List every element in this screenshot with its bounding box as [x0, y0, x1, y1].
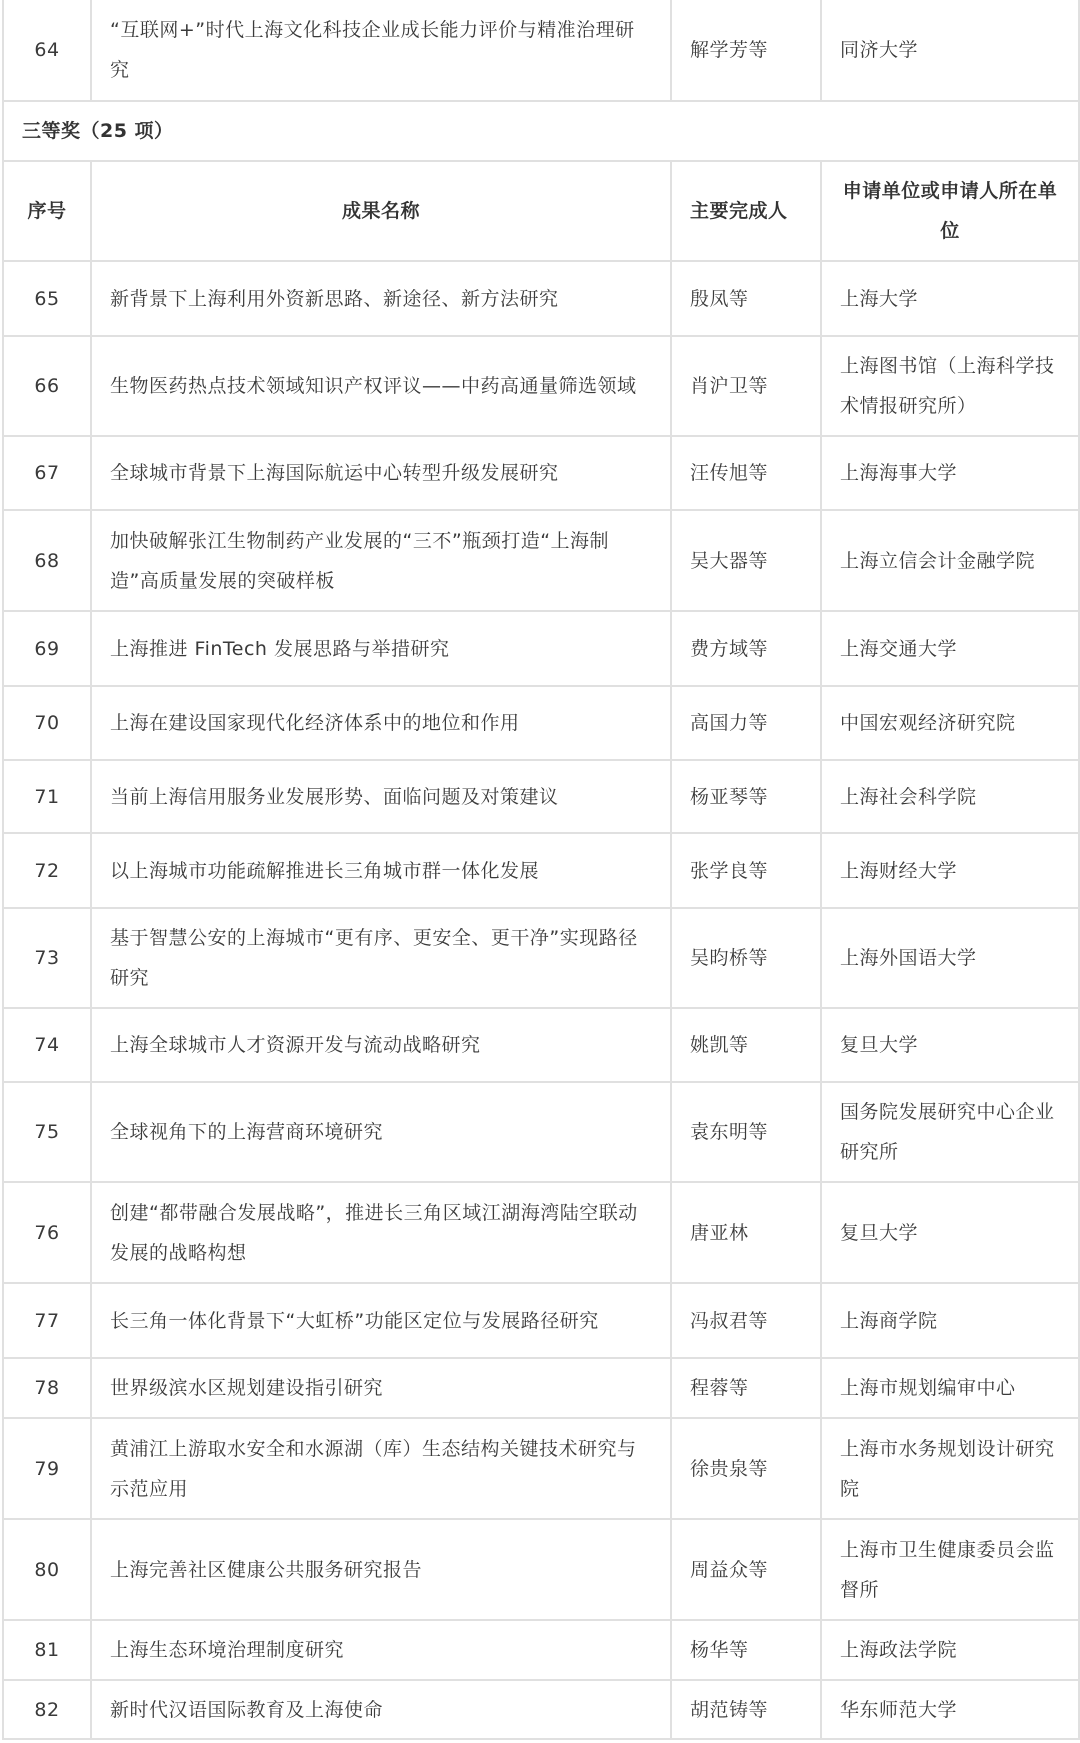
main-contributor: 吴大器等: [671, 510, 821, 611]
table-row: 70 上海在建设国家现代化经济体系中的地位和作用 高国力等 中国宏观经济研究院: [3, 686, 1079, 760]
achievement-title: 以上海城市功能疏解推进长三角城市群一体化发展: [91, 833, 671, 908]
table-row: 64 “互联网+”时代上海文化科技企业成长能力评价与精准治理研究 解学芳等 同济…: [3, 0, 1079, 101]
main-contributor: 汪传旭等: [671, 436, 821, 510]
row-number: 72: [3, 833, 91, 908]
main-contributor: 胡范铸等: [671, 1680, 821, 1739]
applicant-unit: 上海政法学院: [821, 1620, 1079, 1680]
main-contributor: 高国力等: [671, 686, 821, 760]
achievement-title: 全球视角下的上海营商环境研究: [91, 1082, 671, 1182]
row-number: 73: [3, 908, 91, 1008]
row-number: 80: [3, 1519, 91, 1620]
applicant-unit: 上海交通大学: [821, 611, 1079, 686]
header-person: 主要完成人: [671, 161, 821, 261]
row-number: 68: [3, 510, 91, 611]
applicant-unit: 上海社会科学院: [821, 760, 1079, 833]
applicant-unit: 上海市卫生健康委员会监督所: [821, 1519, 1079, 1620]
table-row: 75 全球视角下的上海营商环境研究 袁东明等 国务院发展研究中心企业研究所: [3, 1082, 1079, 1182]
achievement-title: 上海推进 FinTech 发展思路与举措研究: [91, 611, 671, 686]
row-number: 78: [3, 1358, 91, 1418]
achievement-title: 上海完善社区健康公共服务研究报告: [91, 1519, 671, 1620]
row-number: 76: [3, 1182, 91, 1283]
table-row: 67 全球城市背景下上海国际航运中心转型升级发展研究 汪传旭等 上海海事大学: [3, 436, 1079, 510]
applicant-unit: 上海海事大学: [821, 436, 1079, 510]
main-contributor: 唐亚林: [671, 1182, 821, 1283]
main-contributor: 张学良等: [671, 833, 821, 908]
achievement-title: 上海全球城市人才资源开发与流动战略研究: [91, 1008, 671, 1082]
main-contributor: 殷凤等: [671, 261, 821, 336]
table-row: 78 世界级滨水区规划建设指引研究 程蓉等 上海市规划编审中心: [3, 1358, 1079, 1418]
achievement-title: “互联网+”时代上海文化科技企业成长能力评价与精准治理研究: [91, 0, 671, 101]
table-row: 66 生物医药热点技术领域知识产权评议——中药高通量筛选领域 肖沪卫等 上海图书…: [3, 336, 1079, 436]
row-number: 70: [3, 686, 91, 760]
table-row: 80 上海完善社区健康公共服务研究报告 周益众等 上海市卫生健康委员会监督所: [3, 1519, 1079, 1620]
table-row: 77 长三角一体化背景下“大虹桥”功能区定位与发展路径研究 冯叔君等 上海商学院: [3, 1283, 1079, 1358]
achievement-title: 全球城市背景下上海国际航运中心转型升级发展研究: [91, 436, 671, 510]
row-number: 71: [3, 760, 91, 833]
row-number: 79: [3, 1418, 91, 1519]
applicant-unit: 上海市规划编审中心: [821, 1358, 1079, 1418]
main-contributor: 吴昀桥等: [671, 908, 821, 1008]
section-header-row: 三等奖（25 项）: [3, 101, 1079, 161]
applicant-unit: 同济大学: [821, 0, 1079, 101]
row-number: 66: [3, 336, 91, 436]
applicant-unit: 复旦大学: [821, 1182, 1079, 1283]
achievement-title: 当前上海信用服务业发展形势、面临问题及对策建议: [91, 760, 671, 833]
applicant-unit: 国务院发展研究中心企业研究所: [821, 1082, 1079, 1182]
row-number: 82: [3, 1680, 91, 1739]
row-number: 75: [3, 1082, 91, 1182]
achievement-title: 新时代汉语国际教育及上海使命: [91, 1680, 671, 1739]
main-contributor: 杨华等: [671, 1620, 821, 1680]
table-row: 69 上海推进 FinTech 发展思路与举措研究 费方域等 上海交通大学: [3, 611, 1079, 686]
applicant-unit: 上海图书馆（上海科学技术情报研究所）: [821, 336, 1079, 436]
row-number: 67: [3, 436, 91, 510]
achievement-title: 创建“都带融合发展战略”，推进长三角区域江湖海湾陆空联动发展的战略构想: [91, 1182, 671, 1283]
main-contributor: 姚凯等: [671, 1008, 821, 1082]
main-contributor: 肖沪卫等: [671, 336, 821, 436]
row-number: 81: [3, 1620, 91, 1680]
table-row: 72 以上海城市功能疏解推进长三角城市群一体化发展 张学良等 上海财经大学: [3, 833, 1079, 908]
main-contributor: 程蓉等: [671, 1358, 821, 1418]
achievement-title: 世界级滨水区规划建设指引研究: [91, 1358, 671, 1418]
achievement-title: 加快破解张江生物制药产业发展的“三不”瓶颈打造“上海制造”高质量发展的突破样板: [91, 510, 671, 611]
table-row: 76 创建“都带融合发展战略”，推进长三角区域江湖海湾陆空联动发展的战略构想 唐…: [3, 1182, 1079, 1283]
applicant-unit: 华东师范大学: [821, 1680, 1079, 1739]
table-row: 82 新时代汉语国际教育及上海使命 胡范铸等 华东师范大学: [3, 1680, 1079, 1739]
achievement-title: 新背景下上海利用外资新思路、新途径、新方法研究: [91, 261, 671, 336]
row-number: 69: [3, 611, 91, 686]
achievement-title: 生物医药热点技术领域知识产权评议——中药高通量筛选领域: [91, 336, 671, 436]
main-contributor: 周益众等: [671, 1519, 821, 1620]
main-contributor: 冯叔君等: [671, 1283, 821, 1358]
table-row: 81 上海生态环境治理制度研究 杨华等 上海政法学院: [3, 1620, 1079, 1680]
applicant-unit: 复旦大学: [821, 1008, 1079, 1082]
applicant-unit: 上海大学: [821, 261, 1079, 336]
row-number: 77: [3, 1283, 91, 1358]
table-row: 71 当前上海信用服务业发展形势、面临问题及对策建议 杨亚琴等 上海社会科学院: [3, 760, 1079, 833]
achievement-title: 上海在建设国家现代化经济体系中的地位和作用: [91, 686, 671, 760]
main-contributor: 徐贵泉等: [671, 1418, 821, 1519]
applicant-unit: 上海立信会计金融学院: [821, 510, 1079, 611]
applicant-unit: 中国宏观经济研究院: [821, 686, 1079, 760]
header-title: 成果名称: [91, 161, 671, 261]
achievement-title: 黄浦江上游取水安全和水源湖（库）生态结构关键技术研究与示范应用: [91, 1418, 671, 1519]
achievement-title: 基于智慧公安的上海城市“更有序、更安全、更干净”实现路径研究: [91, 908, 671, 1008]
table-header-row: 序号 成果名称 主要完成人 申请单位或申请人所在单位: [3, 161, 1079, 261]
applicant-unit: 上海外国语大学: [821, 908, 1079, 1008]
table-row: 74 上海全球城市人才资源开发与流动战略研究 姚凯等 复旦大学: [3, 1008, 1079, 1082]
main-contributor: 袁东明等: [671, 1082, 821, 1182]
header-no: 序号: [3, 161, 91, 261]
table-row: 65 新背景下上海利用外资新思路、新途径、新方法研究 殷凤等 上海大学: [3, 261, 1079, 336]
achievement-title: 上海生态环境治理制度研究: [91, 1620, 671, 1680]
awards-table: 64 “互联网+”时代上海文化科技企业成长能力评价与精准治理研究 解学芳等 同济…: [2, 0, 1080, 1740]
main-contributor: 费方域等: [671, 611, 821, 686]
main-contributor: 解学芳等: [671, 0, 821, 101]
applicant-unit: 上海财经大学: [821, 833, 1079, 908]
table-row: 68 加快破解张江生物制药产业发展的“三不”瓶颈打造“上海制造”高质量发展的突破…: [3, 510, 1079, 611]
applicant-unit: 上海商学院: [821, 1283, 1079, 1358]
table-row: 79 黄浦江上游取水安全和水源湖（库）生态结构关键技术研究与示范应用 徐贵泉等 …: [3, 1418, 1079, 1519]
row-number: 65: [3, 261, 91, 336]
table-row: 73 基于智慧公安的上海城市“更有序、更安全、更干净”实现路径研究 吴昀桥等 上…: [3, 908, 1079, 1008]
row-number: 64: [3, 0, 91, 101]
section-title: 三等奖（25 项）: [3, 101, 1079, 161]
applicant-unit: 上海市水务规划设计研究院: [821, 1418, 1079, 1519]
main-contributor: 杨亚琴等: [671, 760, 821, 833]
achievement-title: 长三角一体化背景下“大虹桥”功能区定位与发展路径研究: [91, 1283, 671, 1358]
row-number: 74: [3, 1008, 91, 1082]
header-unit: 申请单位或申请人所在单位: [821, 161, 1079, 261]
